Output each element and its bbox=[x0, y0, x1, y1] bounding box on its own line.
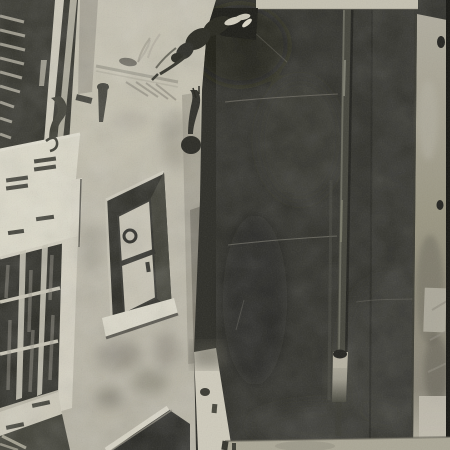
photograph bbox=[0, 0, 450, 450]
photo-canvas bbox=[0, 0, 450, 450]
grain-light bbox=[0, 0, 450, 450]
film-grain bbox=[0, 0, 450, 450]
